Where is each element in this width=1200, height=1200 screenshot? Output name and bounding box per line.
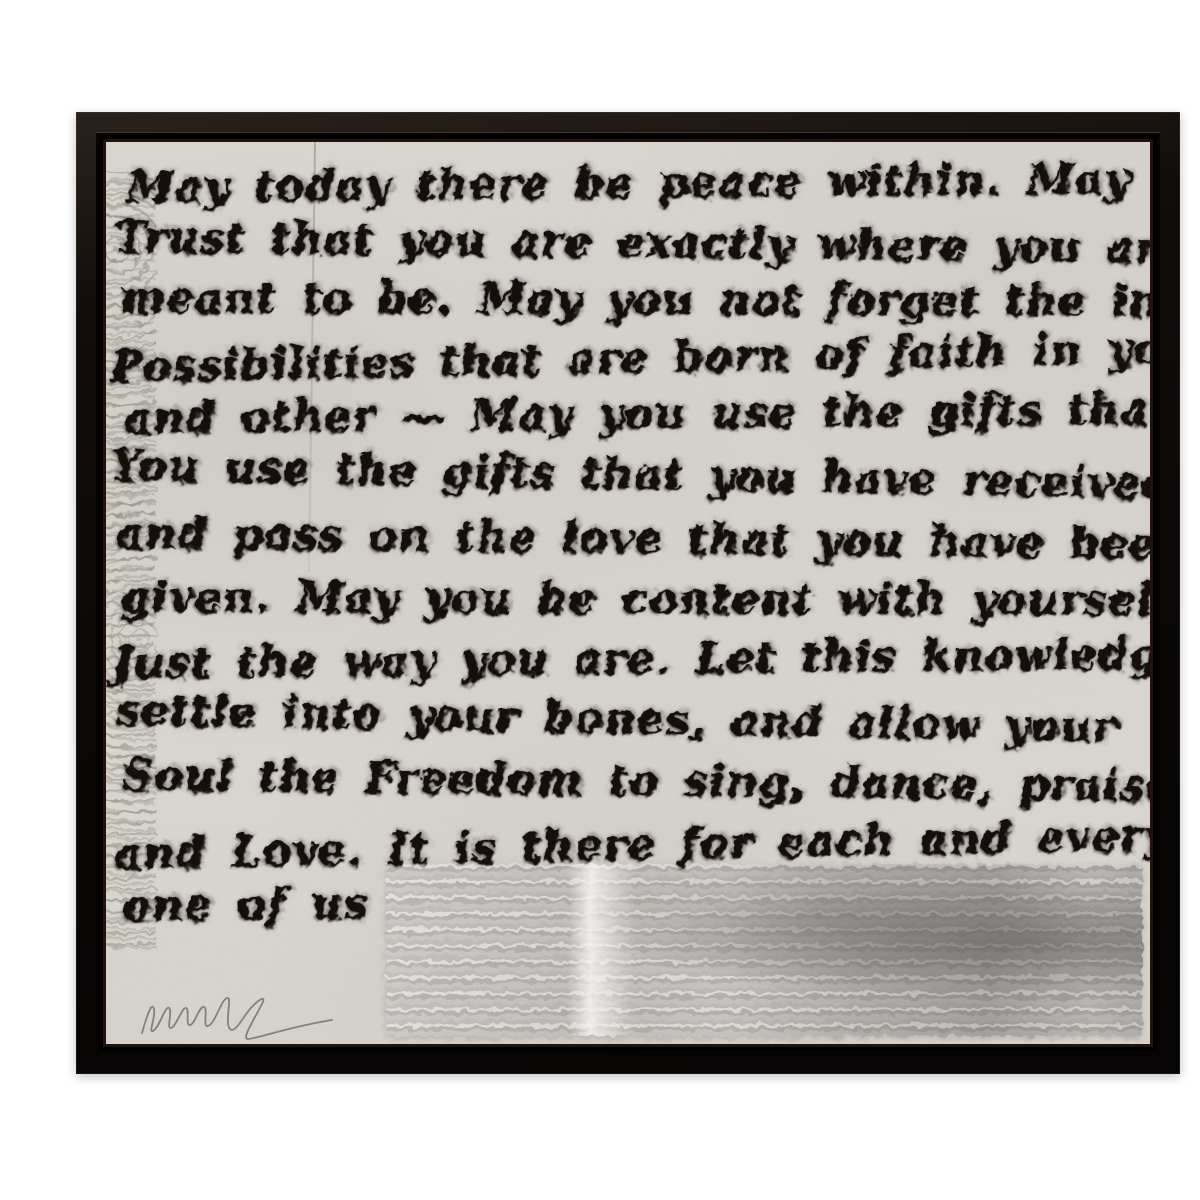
picture-frame: May today there be peace within. May you… xyxy=(76,112,1180,1074)
painted-text-line-6: You use the gifts that you have received xyxy=(110,441,1150,510)
painted-text-line-11: Soul the Freedom to sing, dance, praise xyxy=(122,750,1150,811)
artwork-photo: May today there be peace within. May you… xyxy=(0,0,1200,1200)
painted-text-line-3: meant to be. May you not forget the infi… xyxy=(120,273,1150,327)
painted-text-line-1: May today there be peace within. May you xyxy=(126,153,1150,213)
artist-signature xyxy=(136,987,371,1044)
painted-text-line-4: Possibilities that are born of faith in … xyxy=(110,322,1150,393)
painted-text-line-7: and pass on the love that you have been xyxy=(116,508,1150,569)
painted-text-line-9: Just the way you are. Let this knowledge xyxy=(112,629,1150,688)
gray-paint-band xyxy=(386,864,1142,1036)
painted-text-line-5: and other — May you use the gifts that xyxy=(124,384,1150,443)
painting-canvas: May today there be peace within. May you… xyxy=(106,142,1150,1044)
painted-text-line-10: settle into your bones, and allow your xyxy=(116,685,1117,752)
painted-text-line-2: Trust that you are exactly where you are xyxy=(114,212,1150,273)
painted-text-line-13: one of us xyxy=(122,879,369,931)
painted-text-line-8: given. May you be content with yourself xyxy=(120,572,1150,626)
